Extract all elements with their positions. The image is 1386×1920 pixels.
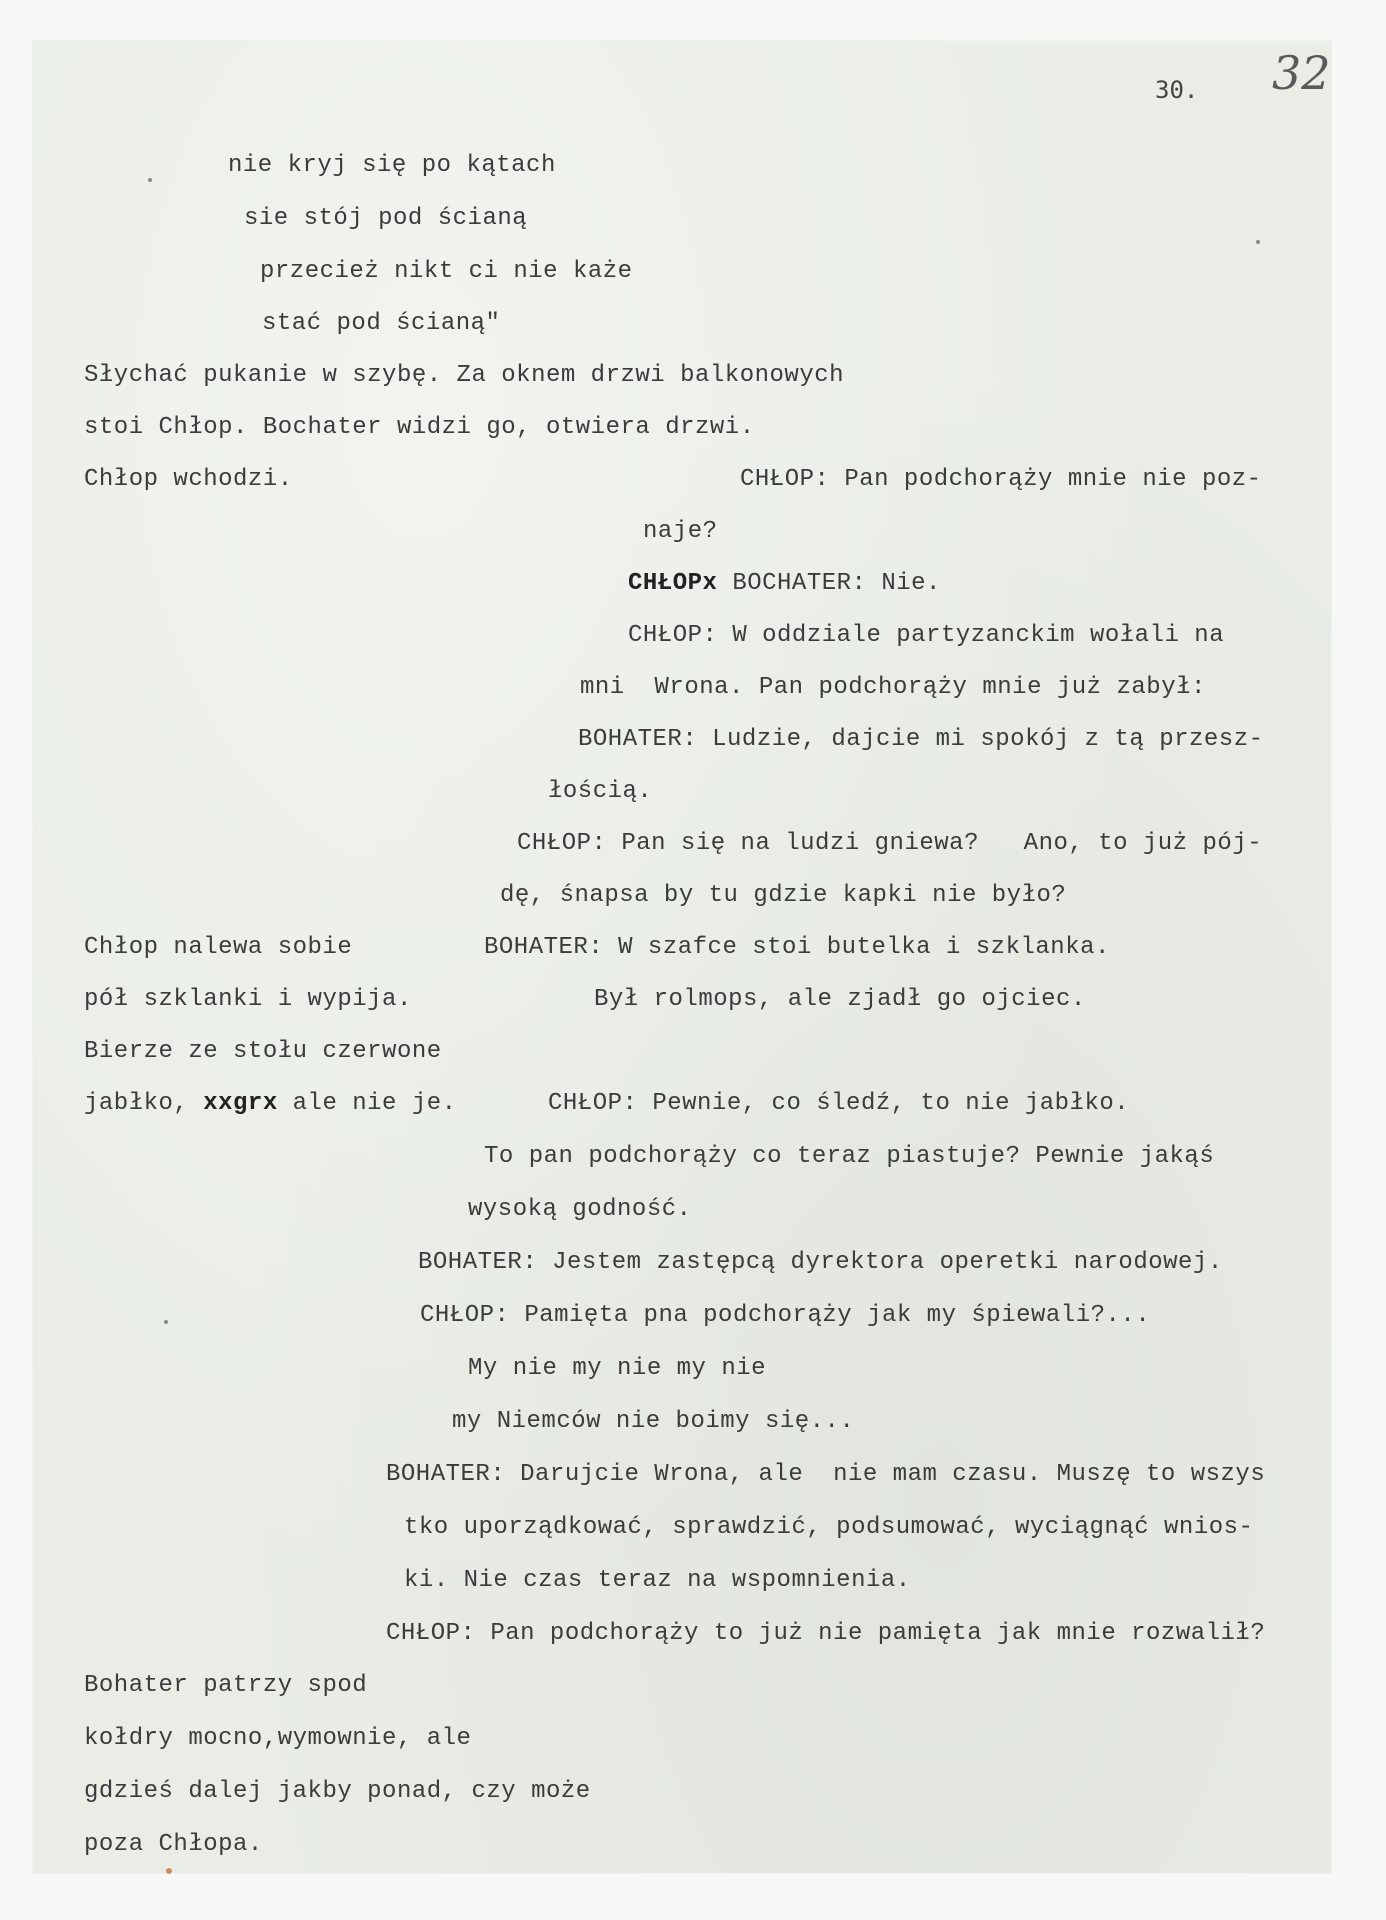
dialogue-line: BOHATER: W szafce stoi butelka i szklank… [484, 934, 1110, 962]
poem-line-3: przecież nikt ci nie każe [260, 258, 633, 286]
struck-out-text: CHŁOPx [628, 570, 717, 597]
dialogue-line: dę, śnapsa by tu gdzie kapki nie było? [500, 882, 1066, 910]
dialogue-line: łością. [548, 778, 652, 806]
stage-direction-line: pół szklanki i wypija. [84, 986, 412, 1014]
paper-speck [166, 1868, 172, 1874]
typed-page-number: 30. [1155, 76, 1198, 104]
stage-direction-line: stoi Chłop. Bochater widzi go, otwiera d… [84, 414, 755, 442]
dialogue-line: tko uporządkować, sprawdzić, podsumować,… [404, 1514, 1253, 1542]
stage-direction-line: Słychać pukanie w szybę. Za oknem drzwi … [84, 362, 844, 390]
struck-out-text: xxgrx [203, 1090, 278, 1117]
stage-direction-line: Chłop wchodzi. [84, 466, 293, 494]
dialogue-line: BOHATER: Darujcie Wrona, ale nie mam cza… [386, 1461, 1265, 1489]
song-line: My nie my nie my nie [468, 1355, 766, 1383]
song-line: my Niemców nie boimy się... [452, 1408, 854, 1436]
poem-line-2: sie stój pod ścianą [244, 205, 527, 233]
dialogue-line: To pan podchorąży co teraz piastuje? Pew… [484, 1143, 1214, 1171]
dialogue-line: CHŁOP: Pewnie, co śledź, to nie jabłko. [548, 1090, 1129, 1118]
dialogue-line: ki. Nie czas teraz na wspomnienia. [404, 1567, 911, 1595]
dialogue-line: BOHATER: Ludzie, dajcie mi spokój z tą p… [578, 726, 1264, 754]
dialogue-line: CHŁOP: Pan podchorąży to już nie pamięta… [386, 1620, 1265, 1648]
stage-direction-line: poza Chłopa. [84, 1831, 263, 1859]
paper-speck [1256, 240, 1260, 244]
poem-line-1: nie kryj się po kątach [228, 152, 556, 180]
paper-speck [164, 1320, 168, 1324]
stage-direction-line: gdzieś dalej jakby ponad, czy może [84, 1778, 591, 1806]
dialogue-line: CHŁOP: Pamięta pna podchorąży jak my śpi… [420, 1302, 1150, 1330]
handwritten-page-number: 32 [1272, 46, 1331, 100]
stage-direction-line: kołdry mocno,wymownie, ale [84, 1725, 471, 1753]
dialogue-line: Był rolmops, ale zjadł go ojciec. [594, 986, 1086, 1014]
stage-direction-line: Chłop nalewa sobie [84, 934, 352, 962]
stage-direction-line: Bierze ze stołu czerwone [84, 1038, 442, 1066]
stage-direction-line: jabłko, xxgrx ale nie je. [84, 1090, 457, 1118]
poem-line-4: stać pod ścianą" [262, 310, 500, 338]
dialogue-line: CHŁOPx BOCHATER: Nie. [628, 570, 941, 598]
dialogue-line: CHŁOP: Pan podchorąży mnie nie poz- [740, 466, 1262, 494]
stage-direction-line: Bohater patrzy spod [84, 1672, 367, 1700]
dialogue-line: wysoką godność. [468, 1196, 692, 1224]
dialogue-line: BOHATER: Jestem zastępcą dyrektora opere… [418, 1249, 1223, 1277]
dialogue-line: CHŁOP: Pan się na ludzi gniewa? Ano, to … [517, 830, 1262, 858]
paper-speck [148, 178, 152, 182]
dialogue-line: mni Wrona. Pan podchorąży mnie już zabył… [580, 674, 1206, 702]
dialogue-line: CHŁOP: W oddziale partyzanckim wołali na [628, 622, 1224, 650]
dialogue-line: naje? [643, 518, 718, 546]
